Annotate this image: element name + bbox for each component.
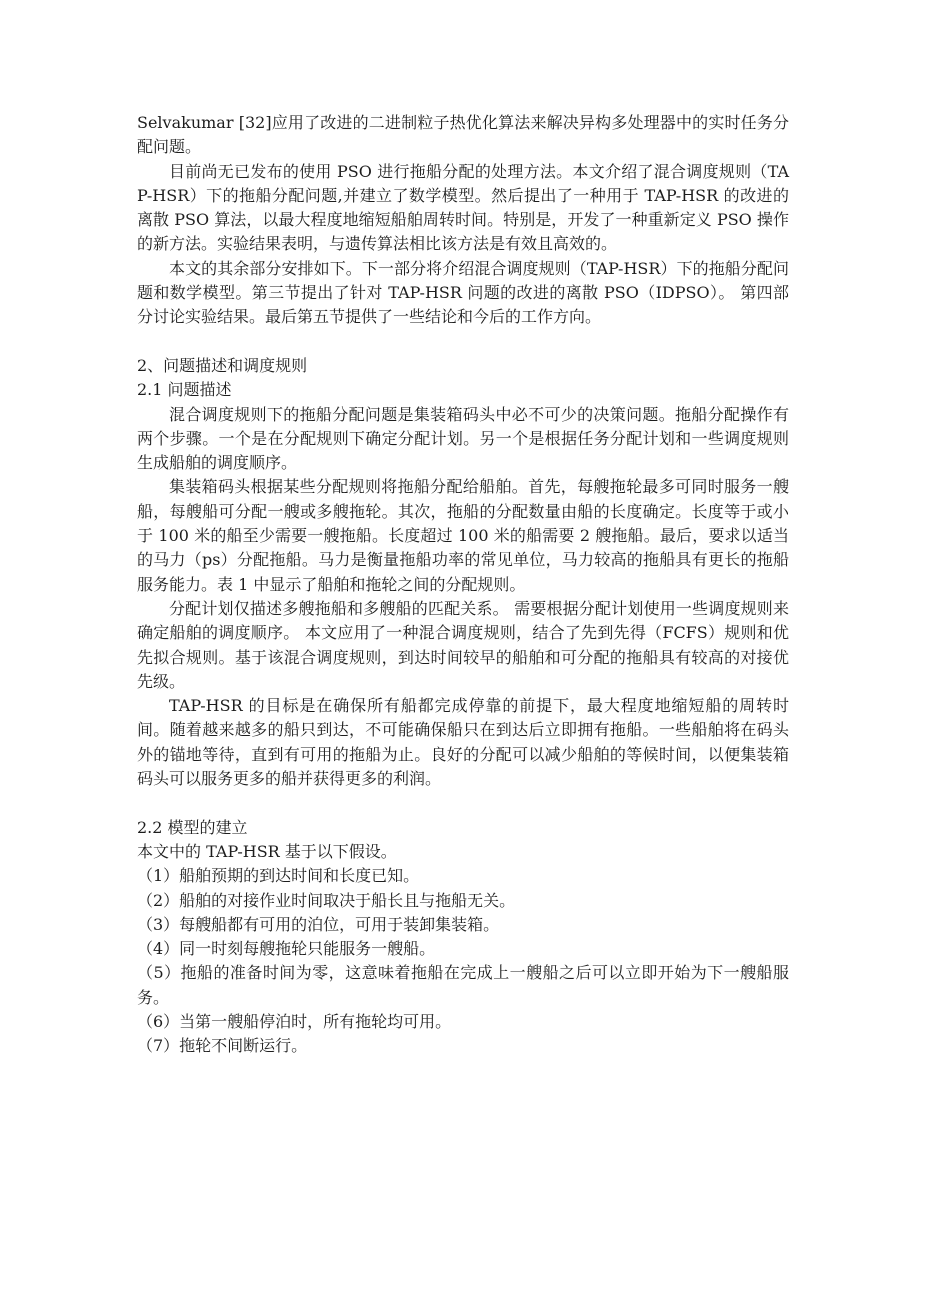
assumption-item-3: （3）每艘船都有可用的泊位，可用于装卸集装箱。 xyxy=(137,913,789,937)
paragraph-2-2-intro: 本文中的 TAP-HSR 基于以下假设。 xyxy=(137,840,789,864)
paragraph-intro-2: 目前尚无已发布的使用 PSO 进行拖船分配的处理方法。本文介绍了混合调度规则（T… xyxy=(137,160,789,257)
assumption-item-7: （7）拖轮不间断运行。 xyxy=(137,1034,789,1058)
paragraph-2-1-3: 分配计划仅描述多艘拖船和多艘船的匹配关系。 需要根据分配计划使用一些调度规则来确… xyxy=(137,597,789,694)
assumption-item-5: （5）拖船的准备时间为零，这意味着拖船在完成上一艘船之后可以立即开始为下一艘船服… xyxy=(137,961,789,1010)
blank-line xyxy=(137,330,789,354)
document-page: { "page": { "background": "#ffffff", "te… xyxy=(0,0,926,1309)
section-heading-2: 2、问题描述和调度规则 xyxy=(137,354,789,378)
assumption-item-6: （6）当第一艘船停泊时，所有拖轮均可用。 xyxy=(137,1010,789,1034)
blank-line xyxy=(137,791,789,815)
assumption-item-1: （1）船舶预期的到达时间和长度已知。 xyxy=(137,864,789,888)
paragraph-intro-1: Selvakumar [32]应用了改进的二进制粒子热优化算法来解决异构多处理器… xyxy=(137,111,789,160)
document-body: Selvakumar [32]应用了改进的二进制粒子热优化算法来解决异构多处理器… xyxy=(0,0,926,1309)
assumption-item-2: （2）船舶的对接作业时间取决于船长且与拖船无关。 xyxy=(137,889,789,913)
section-heading-2-2: 2.2 模型的建立 xyxy=(137,816,789,840)
paragraph-intro-3: 本文的其余部分安排如下。下一部分将介绍混合调度规则（TAP-HSR）下的拖船分配… xyxy=(137,257,789,330)
paragraph-2-1-4: TAP-HSR 的目标是在确保所有船都完成停靠的前提下，最大程度地缩短船的周转时… xyxy=(137,694,789,791)
section-heading-2-1: 2.1 问题描述 xyxy=(137,378,789,402)
assumption-item-4: （4）同一时刻每艘拖轮只能服务一艘船。 xyxy=(137,937,789,961)
paragraph-2-1-1: 混合调度规则下的拖船分配问题是集装箱码头中必不可少的决策问题。拖船分配操作有两个… xyxy=(137,403,789,476)
paragraph-2-1-2: 集装箱码头根据某些分配规则将拖船分配给船舶。首先，每艘拖轮最多可同时服务一艘船，… xyxy=(137,475,789,596)
